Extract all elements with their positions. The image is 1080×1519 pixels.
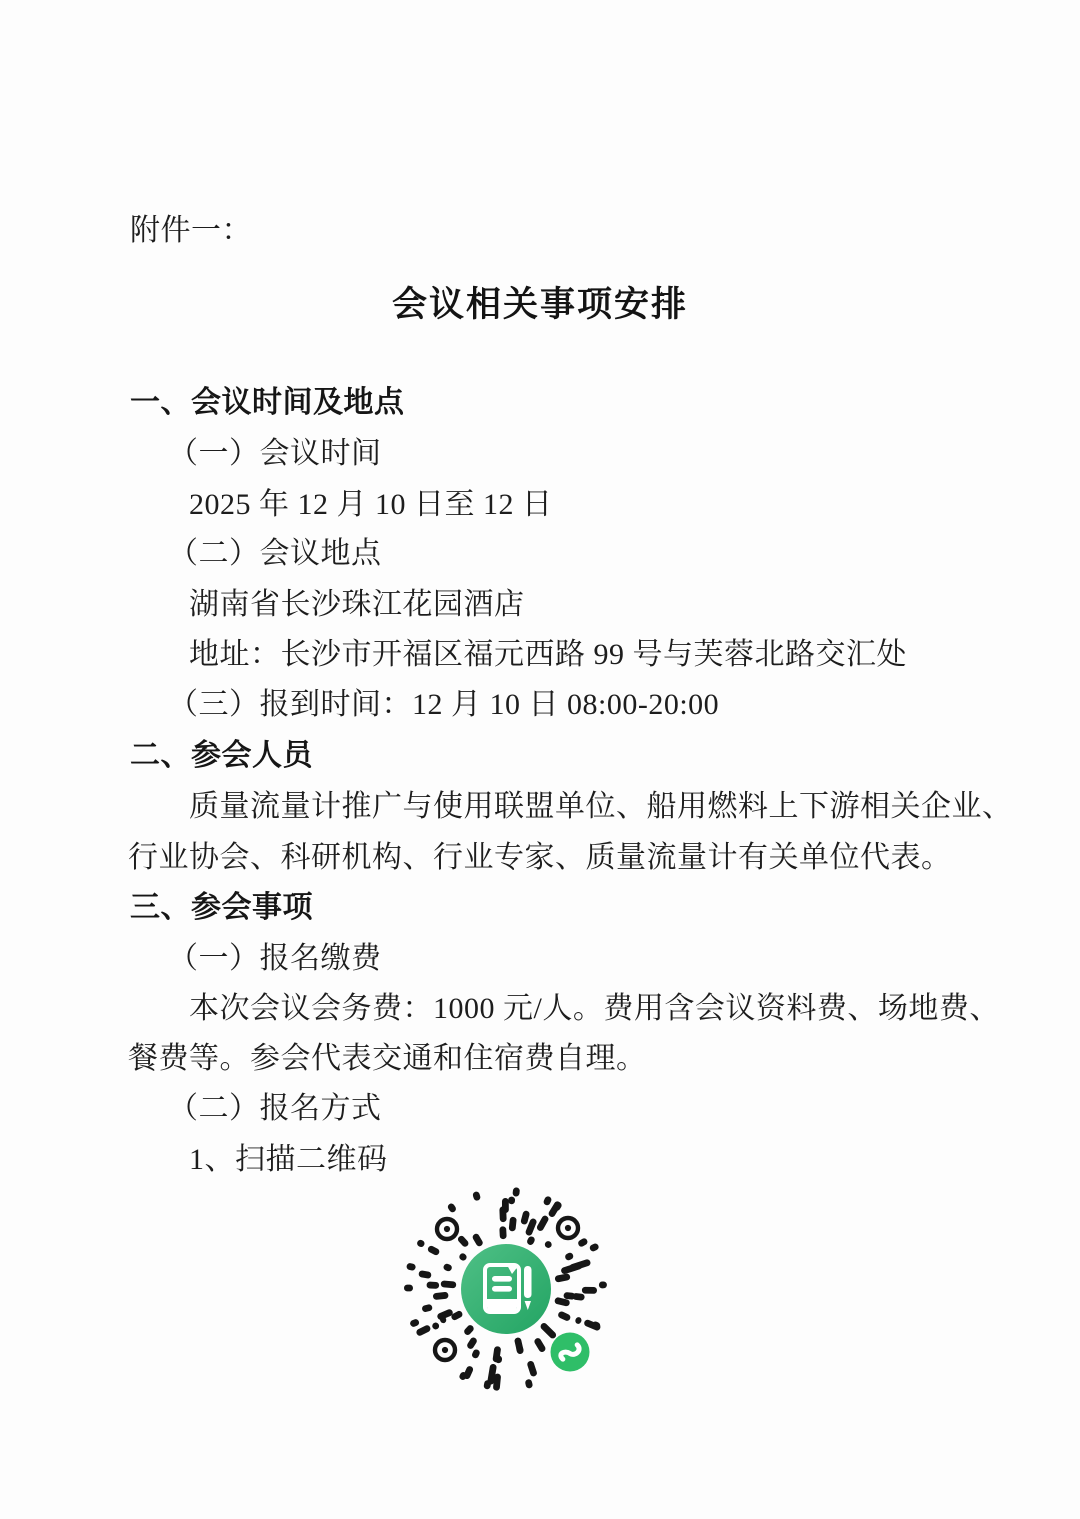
form-document-icon xyxy=(461,1244,551,1334)
participants-line-2: 行业协会、科研机构、行业专家、质量流量计有关单位代表。 xyxy=(128,841,952,874)
qr-code xyxy=(403,1185,613,1395)
section-3-heading: 三、参会事项 xyxy=(130,891,313,924)
registration-method-label: （二）报名方式 xyxy=(168,1092,382,1125)
participants-line-1: 质量流量计推广与使用联盟单位、船用燃料上下游相关企业、 xyxy=(189,790,1013,823)
registration-fee-line-1: 本次会议会务费：1000 元/人。费用含会议资料费、场地费、 xyxy=(189,992,1000,1025)
qr-eye-top-left xyxy=(437,1219,457,1239)
document-page: 附件一： 会议相关事项安排 一、会议时间及地点 （一）会议时间 2025 年 1… xyxy=(0,0,1080,1519)
qr-eye-bottom-left xyxy=(435,1340,455,1360)
meeting-place-label: （二）会议地点 xyxy=(168,537,382,570)
registration-fee-label: （一）报名缴费 xyxy=(168,942,382,975)
wechat-miniprogram-icon xyxy=(551,1333,590,1372)
qr-eye-top-right xyxy=(558,1218,578,1238)
section-2-heading: 二、参会人员 xyxy=(130,739,313,772)
meeting-time-label: （一）会议时间 xyxy=(168,437,382,470)
checkin-time-label: （三）报到时间：12 月 10 日 08:00-20:00 xyxy=(168,688,719,721)
scan-qr-step-label: 1、扫描二维码 xyxy=(189,1143,388,1176)
qr-code-graphic xyxy=(403,1185,613,1395)
section-1-heading: 一、会议时间及地点 xyxy=(130,386,405,419)
attachment-label: 附件一： xyxy=(130,214,252,247)
registration-fee-line-2: 餐费等。参会代表交通和住宿费自理。 xyxy=(128,1042,647,1075)
meeting-place-address: 地址：长沙市开福区福元西路 99 号与芙蓉北路交汇处 xyxy=(189,638,907,671)
page-title: 会议相关事项安排 xyxy=(0,286,1080,325)
meeting-place-value: 湖南省长沙珠江花园酒店 xyxy=(189,588,525,621)
meeting-time-value: 2025 年 12 月 10 日至 12 日 xyxy=(189,488,553,521)
